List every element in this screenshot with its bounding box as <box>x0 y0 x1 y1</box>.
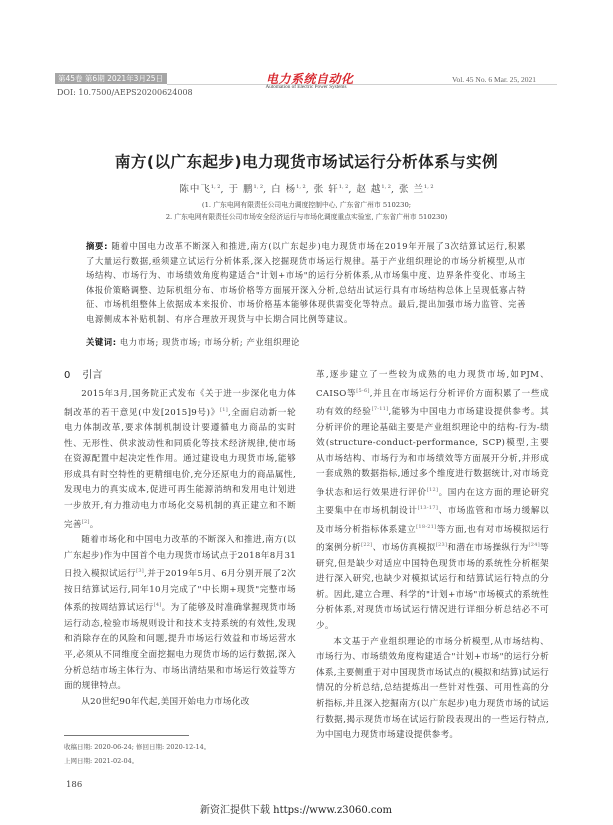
author: 于 鹏1, 2 <box>229 184 264 195</box>
paragraph: 随着市场化和中国电力改革的不断深入和推进,南方(以广东起步)作为中国首个电力现货… <box>64 533 296 695</box>
keywords-text: 电力市场; 现货市场; 市场分析; 产业组织理论 <box>120 337 300 347</box>
paragraph: 本文基于产业组织理论的市场分析模型,从市场结构、市场行为、市场绩效角度构建适合"… <box>316 635 549 744</box>
paragraph: 2015年3月,国务院正式发布《关于进一步深化电力体制改革的若干意见(中发[20… <box>64 387 296 533</box>
author: 陈中飞1, 2 <box>179 184 220 195</box>
issue-badge: 第45卷 第6期 2021年3月25日 <box>55 73 167 84</box>
journal-logo-en: Automation of Electric Power Systems <box>248 84 364 90</box>
keywords: 关键词: 电力市场; 现货市场; 市场分析; 产业组织理论 <box>86 336 526 348</box>
author: 白 杨1, 2 <box>271 184 306 195</box>
footnote-received: 收稿日期: 2020-06-24; 修回日期: 2020-12-14。 <box>64 742 210 751</box>
section-heading: 0引言 <box>64 366 102 381</box>
keywords-label: 关键词: <box>86 337 117 347</box>
citation: [1] <box>220 407 228 413</box>
citation: [4] <box>154 602 162 608</box>
author: 张 兰1, 2 <box>399 184 434 195</box>
paragraph: 从20世纪90年代起,美国开始电力市场化改 <box>64 695 296 711</box>
footnote-divider <box>64 735 189 736</box>
citation: [5-6] <box>356 388 369 394</box>
abstract: 摘要: 随着中国电力改革不断深入和推进,南方(以广东起步)电力现货市场在2019… <box>86 239 526 326</box>
author: 张 轩1, 2 <box>314 184 349 195</box>
body-column-left: 2015年3月,国务院正式发布《关于进一步深化电力体制改革的若干意见(中发[20… <box>64 387 296 710</box>
download-watermark: 新资汇提供下载 https://www.z3060.com <box>200 801 392 816</box>
citation: [2] <box>82 519 90 525</box>
citation: [22] <box>361 542 372 548</box>
doi-text: DOI: 10.7500/AEPS20200624008 <box>57 88 193 97</box>
abstract-label: 摘要: <box>86 241 108 251</box>
paragraph: 革,逐步建立了一些较为成熟的电力现货市场,如PJM、CAISO等[5-6],并且… <box>316 368 549 635</box>
citation: [18-21] <box>416 524 436 530</box>
citation: [13-17] <box>418 505 438 511</box>
citation: [7-11] <box>372 406 389 412</box>
section-number: 0 <box>64 370 70 381</box>
article-title: 南方(以广东起步)电力现货市场试运行分析体系与实例 <box>0 150 613 172</box>
citation: [24] <box>529 542 540 548</box>
abstract-text: 随着中国电力改革不断深入和推进,南方(以广东起步)电力现货市场在2019年开展了… <box>86 241 526 324</box>
page-number: 186 <box>66 780 82 790</box>
affiliation-2: 2. 广东电网有限责任公司市场安全经济运行与市场化调度重点实验室, 广东省广州市… <box>0 211 613 221</box>
body-column-right: 革,逐步建立了一些较为成熟的电力现货市场,如PJM、CAISO等[5-6],并且… <box>316 368 549 744</box>
footnote-online: 上网日期: 2021-02-04。 <box>64 756 138 765</box>
affiliation-1: (1. 广东电网有限责任公司电力调度控制中心, 广东省广州市 510230; <box>0 199 613 209</box>
author: 赵 越1, 2 <box>356 184 391 195</box>
author-list: 陈中飞1, 2, 于 鹏1, 2, 白 杨1, 2, 张 轩1, 2, 赵 越1… <box>0 181 613 195</box>
citation: [3] <box>136 568 144 574</box>
volume-info: Vol. 45 No. 6 Mar. 25, 2021 <box>452 75 536 84</box>
section-title: 引言 <box>82 370 102 381</box>
citation: [12] <box>427 487 438 493</box>
citation: [23] <box>436 542 447 548</box>
